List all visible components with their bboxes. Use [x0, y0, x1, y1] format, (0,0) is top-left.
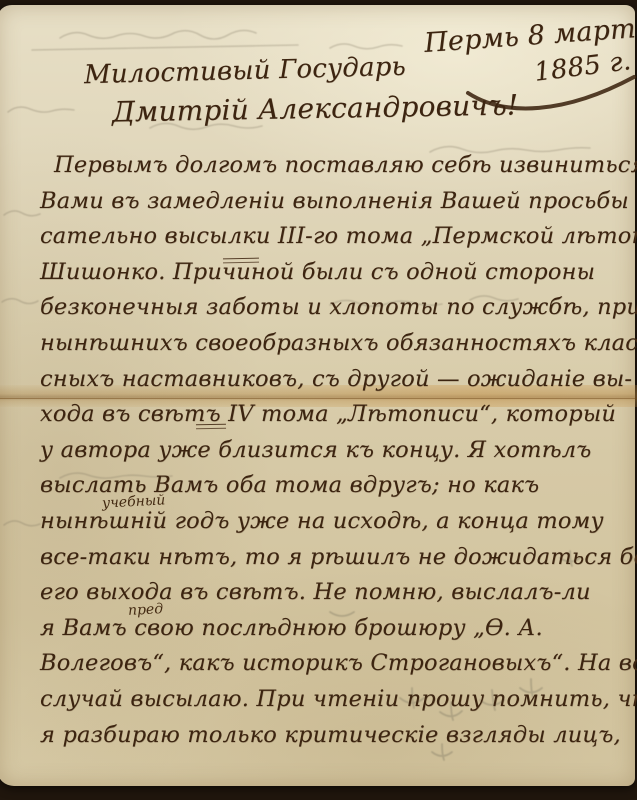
underline-mark — [223, 258, 259, 264]
letter-line: я разбираю только критическіе взгляды ли… — [40, 718, 625, 754]
letter-body: Первымъ долгомъ поставляю себѣ извинитьс… — [40, 148, 625, 753]
letter-line: сательно высылки III-го тома „Пермской л… — [40, 219, 625, 255]
salutation-line-2: Дмитрій Александровичъ! — [112, 88, 519, 128]
letter-line: случай высылаю. При чтеніи прошу помнить… — [40, 682, 625, 718]
letter-line: безконечныя заботы и хлопоты по службѣ, … — [40, 290, 625, 326]
letter-line: Вами въ замедленіи выполненія Вашей прос… — [40, 184, 625, 220]
letter-line: Волеговъ“, какъ историкъ Строгановыхъ“. … — [40, 646, 625, 682]
letter-line: у автора уже близится къ концу. Я хотѣлъ — [40, 433, 625, 469]
letter-line: Шишонко. Причиной были съ одной стороны — [40, 255, 625, 291]
insertion-pred: пред — [128, 601, 164, 619]
letter-line: нынѣшнихъ своеобразныхъ обязанностяхъ кл… — [40, 326, 625, 362]
letter-line: все-таки нѣтъ, то я рѣшилъ не дожидаться… — [40, 540, 625, 576]
insertion-uchebny: учебный — [102, 492, 166, 511]
letter-line: Первымъ долгомъ поставляю себѣ извинитьс… — [40, 148, 625, 184]
letter-line: сныхъ наставниковъ, съ другой — ожиданіе… — [40, 362, 625, 398]
underline-mark — [196, 424, 226, 430]
letter-line: хода въ свѣтъ IV тома „Лѣтописи“, которы… — [40, 397, 625, 433]
letter-scan: Пермь 8 марта 1885 г. Милостивый Государ… — [0, 0, 637, 800]
